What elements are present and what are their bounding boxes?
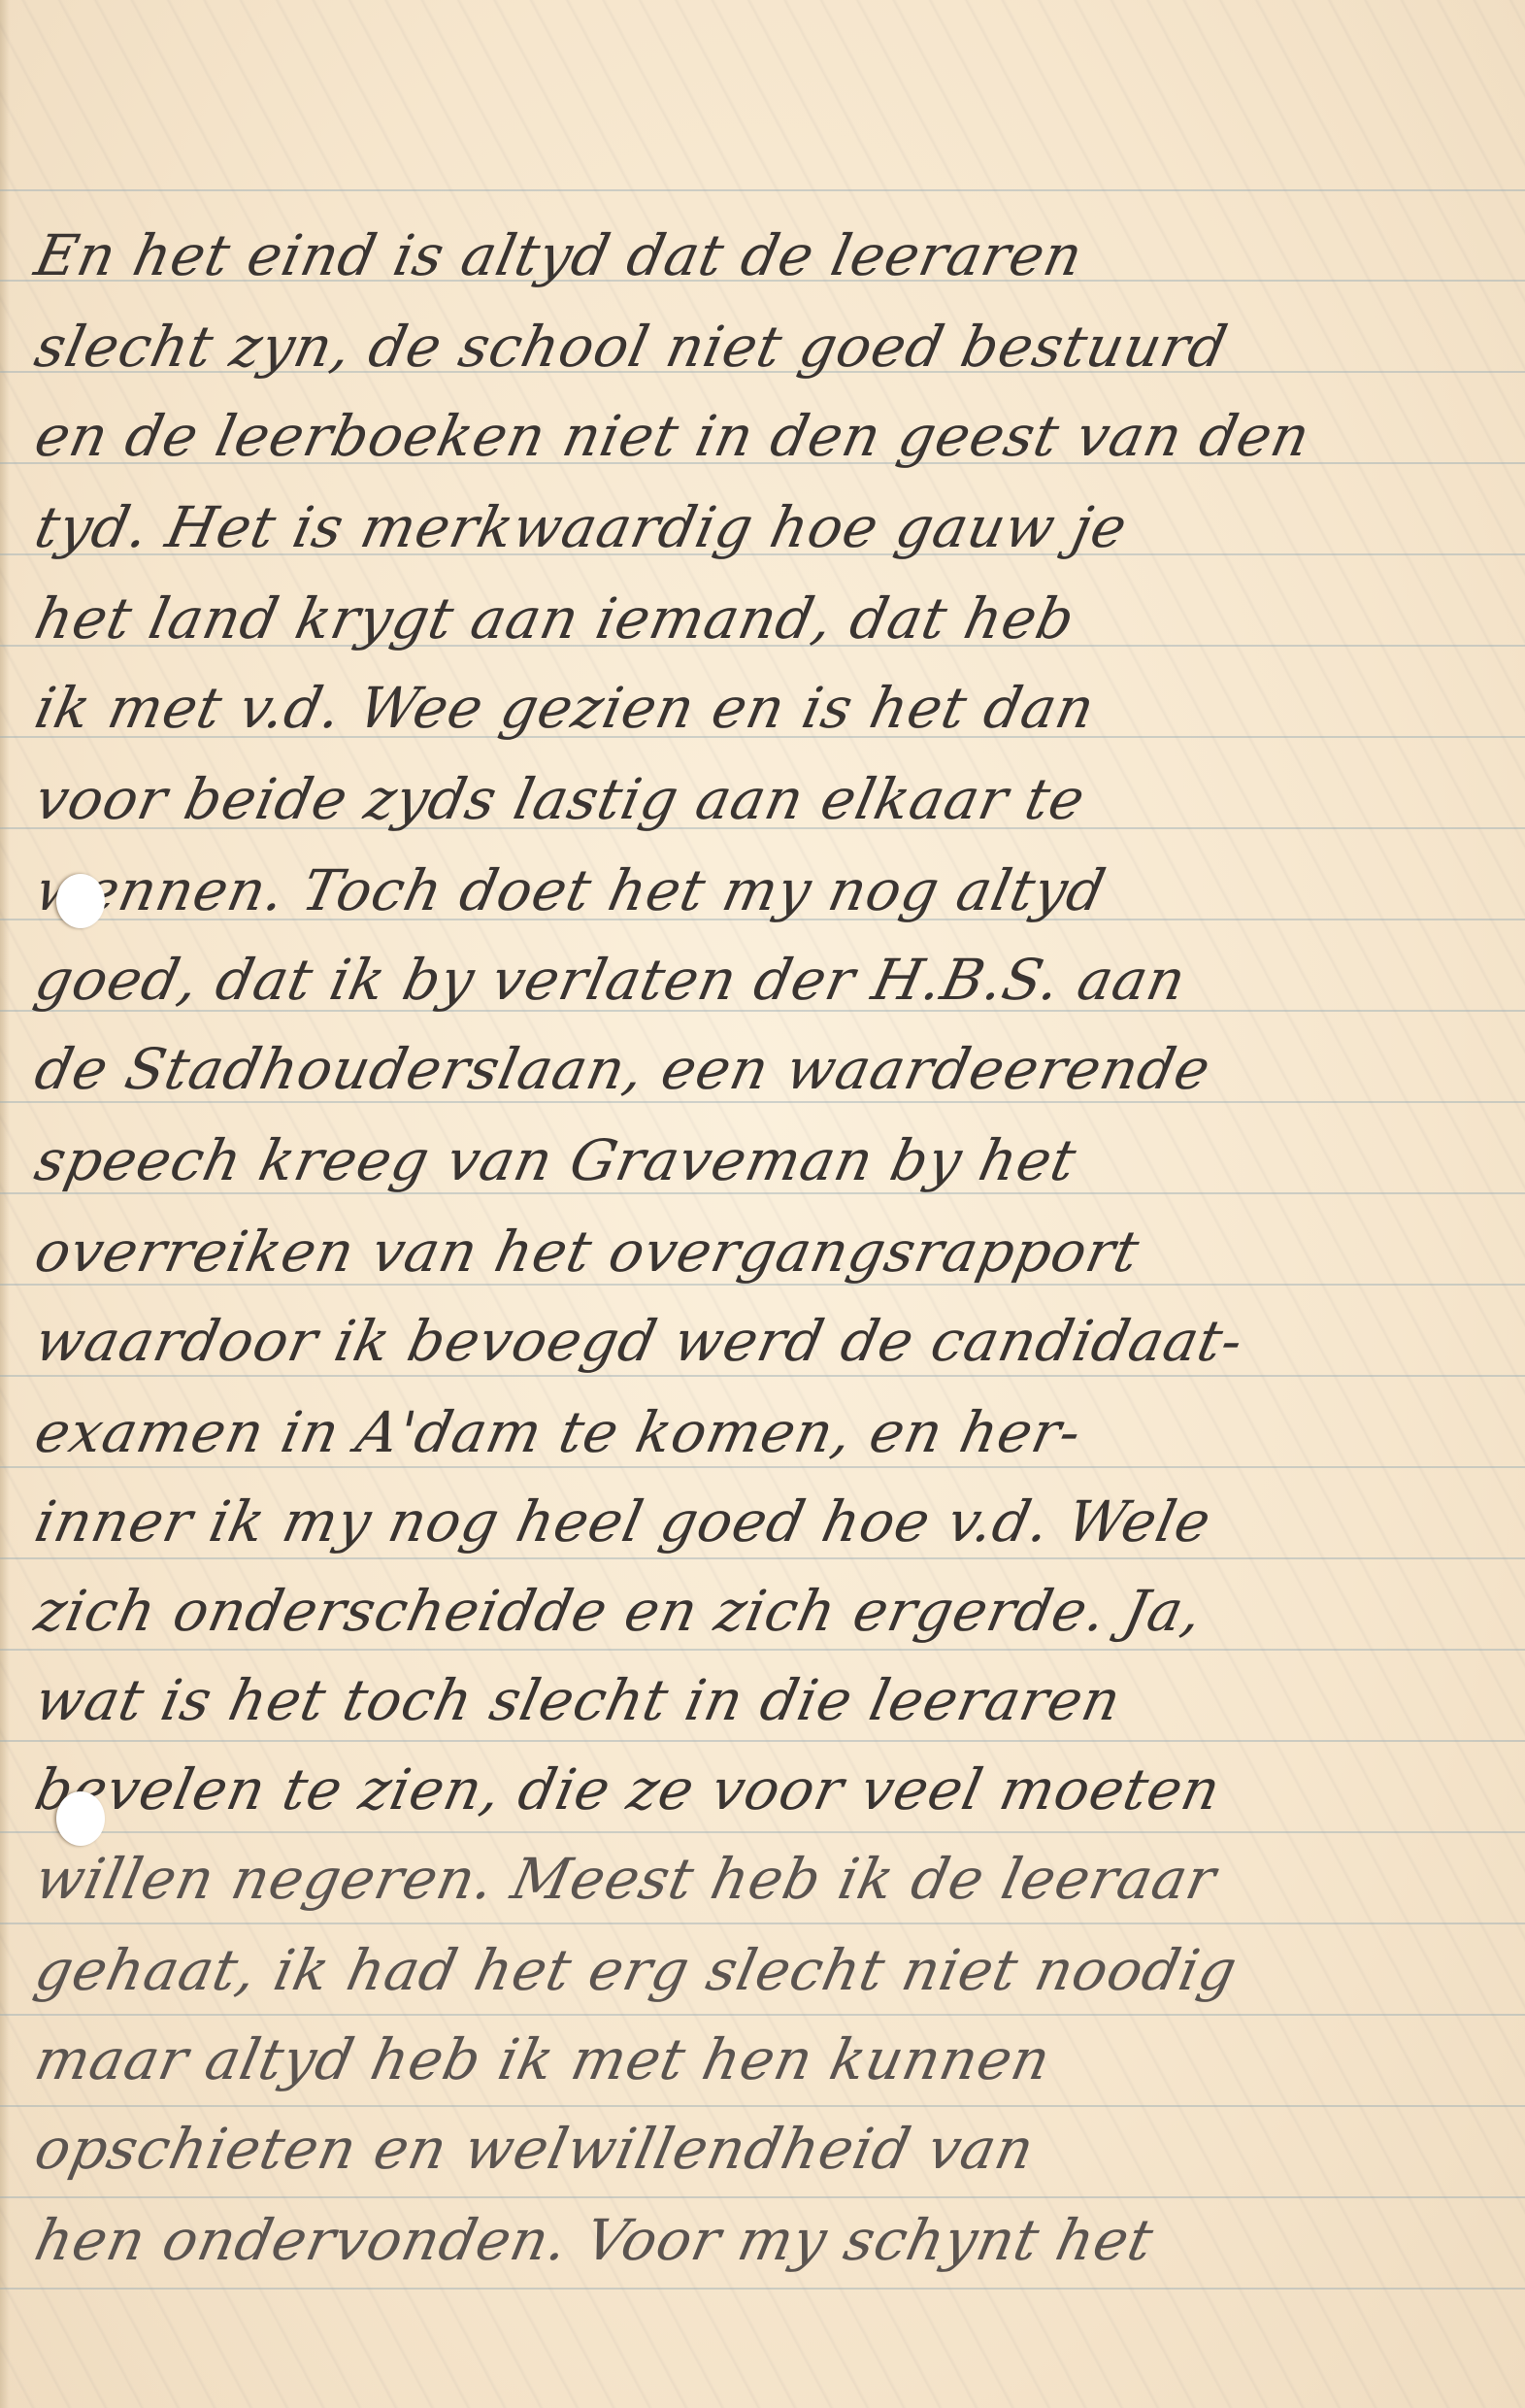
handwritten-line: de Stadhouderslaan, een waardeerende [29,1035,1509,1103]
letter-page: En het eind is altyd dat de leeraren sle… [0,0,1525,2408]
handwritten-line: gehaat, ik had het erg slecht niet noodi… [29,1936,1509,2004]
handwritten-line: speech kreeg van Graveman by het [29,1126,1509,1194]
punch-hole [56,1791,105,1846]
ruled-line [0,1649,1525,1651]
handwritten-line: inner ik my nog heel goed hoe v.d. Wele [29,1488,1509,1555]
handwritten-line: ik met v.d. Wee gezien en is het dan [29,674,1509,742]
handwritten-line: en de leerboeken niet in den geest van d… [29,402,1509,470]
ruled-line [0,1923,1525,1924]
handwritten-line: waardoor ik bevoegd werd de candidaat- [29,1307,1509,1375]
punch-hole [56,874,105,928]
handwritten-line: wat is het toch slecht in die leeraren [29,1666,1509,1734]
ruled-line [0,2196,1525,2198]
handwritten-line: zich onderscheidde en zich ergerde. Ja, [29,1577,1509,1645]
handwritten-line: tyd. Het is merkwaardig hoe gauw je [29,493,1509,561]
handwritten-line: En het eind is altyd dat de leeraren [29,221,1509,289]
handwritten-line: examen in A'dam te komen, en her- [29,1398,1509,1466]
handwritten-line: opschieten en welwillendheid van [29,2115,1509,2183]
ruled-line [0,189,1525,191]
handwritten-line: bevelen te zien, die ze voor veel moeten [29,1756,1509,1823]
handwritten-line: maar altyd heb ik met hen kunnen [29,2025,1509,2093]
handwritten-line: overreiken van het overgangsrapport [29,1218,1509,1286]
ruled-line [0,2014,1525,2016]
ruled-line [0,1466,1525,1468]
handwritten-line: slecht zyn, de school niet goed bestuurd [29,313,1509,381]
ruled-line [0,2105,1525,2107]
handwritten-line: goed, dat ik by verlaten der H.B.S. aan [29,946,1509,1014]
ruled-line [0,1557,1525,1559]
ruled-line [0,1375,1525,1377]
handwritten-line: voor beide zyds lastig aan elkaar te [29,765,1509,833]
ruled-line [0,1831,1525,1833]
handwritten-line: wennen. Toch doet het my nog altyd [29,856,1509,924]
handwritten-line: hen ondervonden. Voor my schynt het [29,2206,1509,2274]
ruled-line [0,1740,1525,1742]
ruled-line [0,2288,1525,2290]
handwritten-line: willen negeren. Meest heb ik de leeraar [29,1845,1509,1913]
handwritten-line: het land krygt aan iemand, dat heb [29,585,1509,652]
